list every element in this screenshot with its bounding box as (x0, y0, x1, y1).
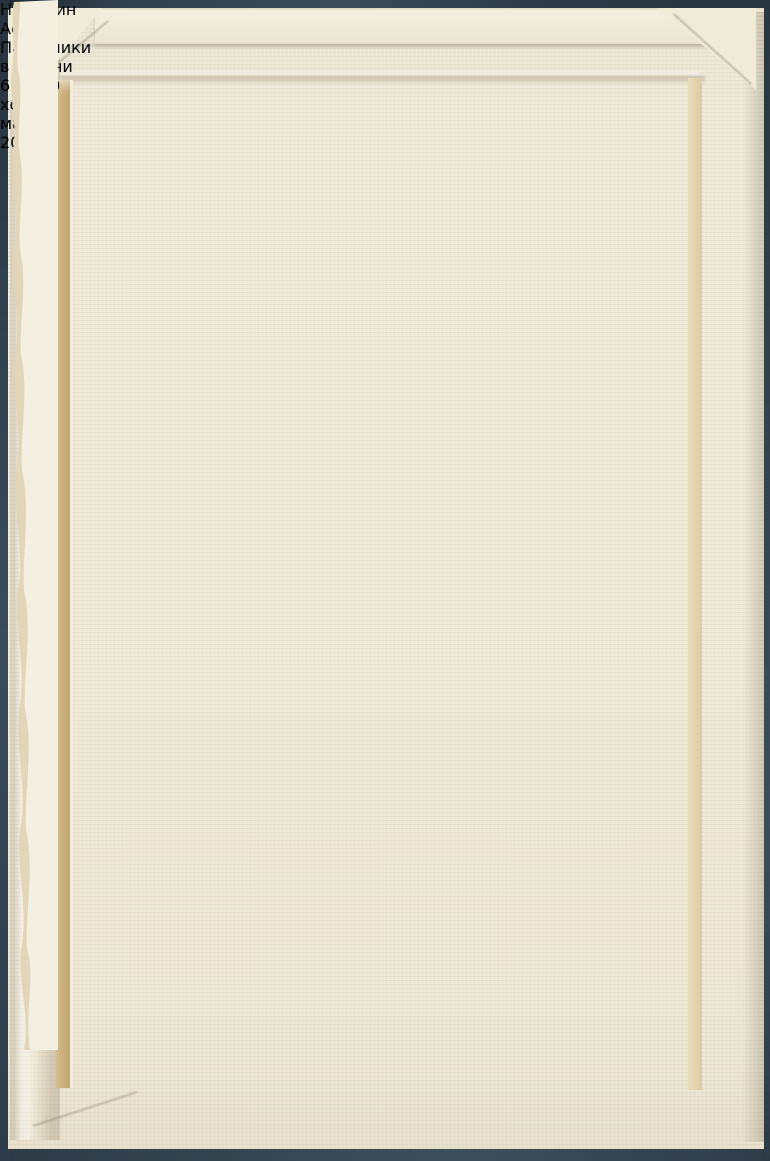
paint-smudge (744, 1065, 770, 1155)
staple (0, 0, 770, 7)
paint-smudge (746, 55, 770, 150)
staple (0, 0, 770, 13)
paint-smudge (0, 175, 20, 295)
staple (0, 0, 770, 13)
staple (0, 0, 770, 13)
paint-smudge (0, 1060, 52, 1161)
dirt-streak (398, 58, 453, 71)
staple (0, 0, 770, 13)
canvas-back-photo: Нелюбин Ас Парусники в гавани 60 x 40 хо… (0, 0, 770, 1161)
staple (1, 0, 770, 20)
staple (0, 0, 770, 7)
staple (0, 0, 770, 13)
paint-smudge (742, 585, 770, 695)
staple (0, 0, 770, 7)
paint-smudge (0, 420, 18, 630)
paint-smudge (415, 1138, 490, 1154)
staple-group (0, 0, 770, 1161)
paint-smudge (0, 930, 34, 1070)
staple (0, 0, 770, 7)
staple (0, 0, 770, 13)
staple (0, 0, 770, 7)
staple (0, 0, 770, 13)
paint-smudge (595, 1136, 660, 1154)
staple (1, 0, 770, 20)
staple (0, 0, 770, 7)
paint-smudge (0, 0, 50, 110)
staple (0, 0, 770, 7)
dirt-streak (545, 60, 625, 72)
paint-smudge (0, 620, 14, 740)
paint-smudge (752, 500, 766, 520)
